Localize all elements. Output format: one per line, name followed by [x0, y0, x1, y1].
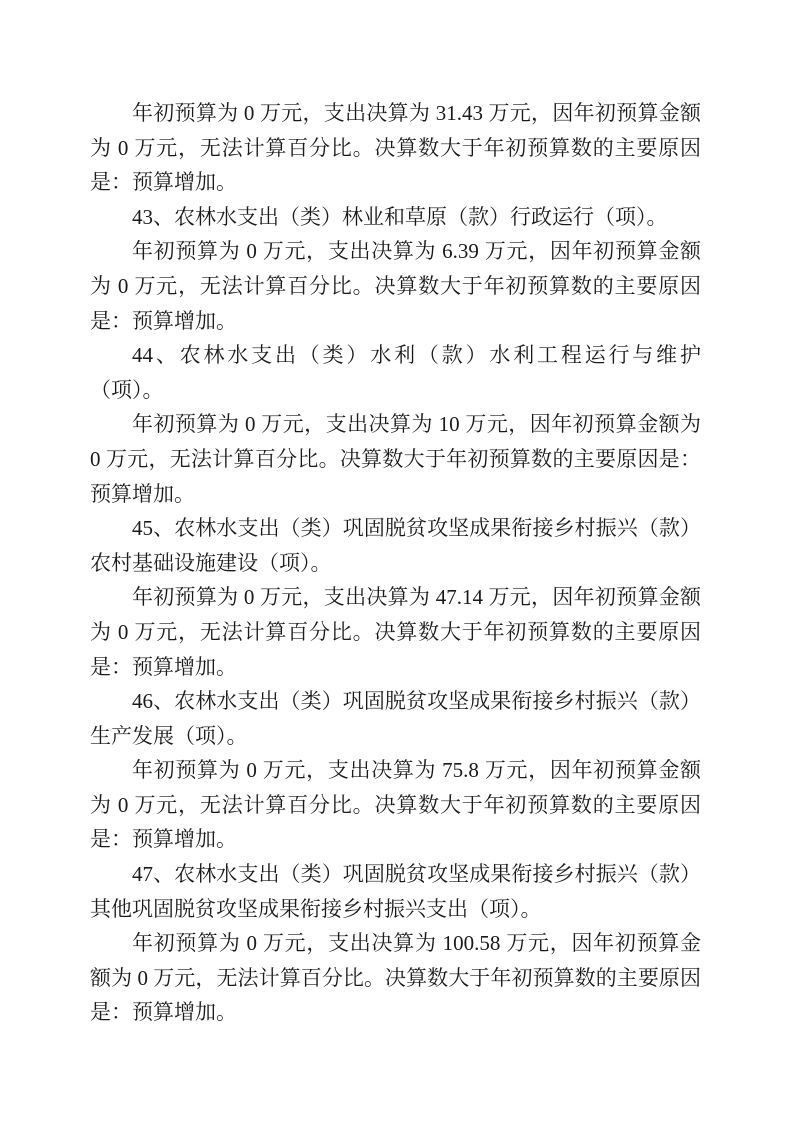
item-heading: 46、农林水支出（类）巩固脱贫攻坚成果衔接乡村振兴（款）生产发展（项）。	[90, 684, 701, 753]
item-heading: 44、农林水支出（类）水利（款）水利工程运行与维护（项）。	[90, 338, 701, 407]
document-body: 年初预算为 0 万元，支出决算为 31.43 万元，因年初预算金额为 0 万元，…	[90, 96, 701, 1030]
paragraph: 年初预算为 0 万元，支出决算为 6.39 万元，因年初预算金额为 0 万元，无…	[90, 234, 701, 338]
paragraph: 年初预算为 0 万元，支出决算为 75.8 万元，因年初预算金额为 0 万元，无…	[90, 753, 701, 857]
paragraph: 年初预算为 0 万元，支出决算为 31.43 万元，因年初预算金额为 0 万元，…	[90, 96, 701, 200]
paragraph: 年初预算为 0 万元，支出决算为 10 万元，因年初预算金额为 0 万元，无法计…	[90, 407, 701, 511]
item-heading: 47、农林水支出（类）巩固脱贫攻坚成果衔接乡村振兴（款）其他巩固脱贫攻坚成果衔接…	[90, 857, 701, 926]
item-heading: 43、农林水支出（类）林业和草原（款）行政运行（项）。	[90, 200, 701, 235]
item-heading: 45、农林水支出（类）巩固脱贫攻坚成果衔接乡村振兴（款）农村基础设施建设（项）。	[90, 511, 701, 580]
paragraph: 年初预算为 0 万元，支出决算为 100.58 万元，因年初预算金额为 0 万元…	[90, 926, 701, 1030]
document-page: 年初预算为 0 万元，支出决算为 31.43 万元，因年初预算金额为 0 万元，…	[0, 0, 793, 1122]
paragraph: 年初预算为 0 万元，支出决算为 47.14 万元，因年初预算金额为 0 万元，…	[90, 580, 701, 684]
